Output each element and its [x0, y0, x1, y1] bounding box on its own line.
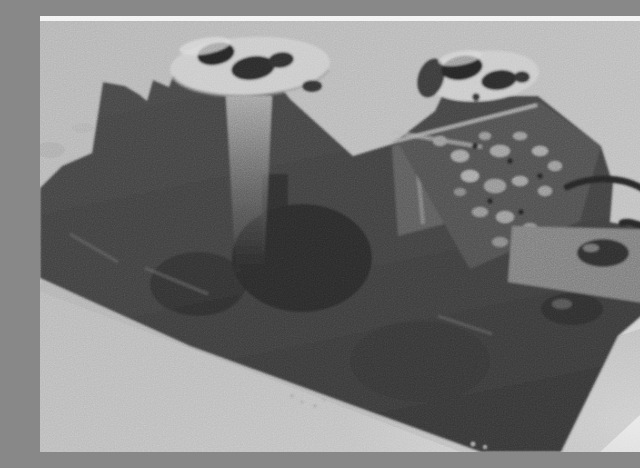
film-grain-speckle: [40, 16, 640, 452]
top-border: [40, 16, 640, 21]
halftone-photo: [40, 16, 640, 452]
